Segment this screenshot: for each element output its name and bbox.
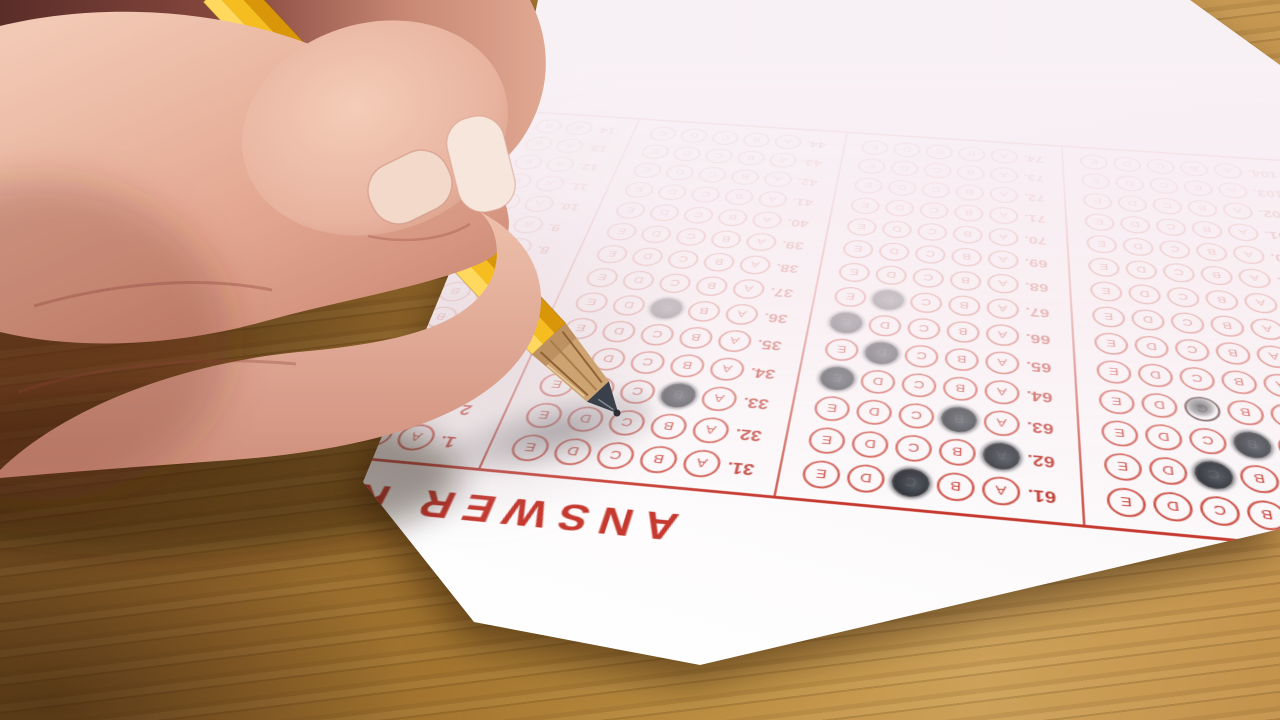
pencil-contact-mark xyxy=(614,410,621,417)
photo-scene: ANSWER KEY 91.ABCDE92.ABCDE93.ABCDE94.AB… xyxy=(0,0,1280,720)
hand-and-pencil-overlay xyxy=(0,0,1280,720)
